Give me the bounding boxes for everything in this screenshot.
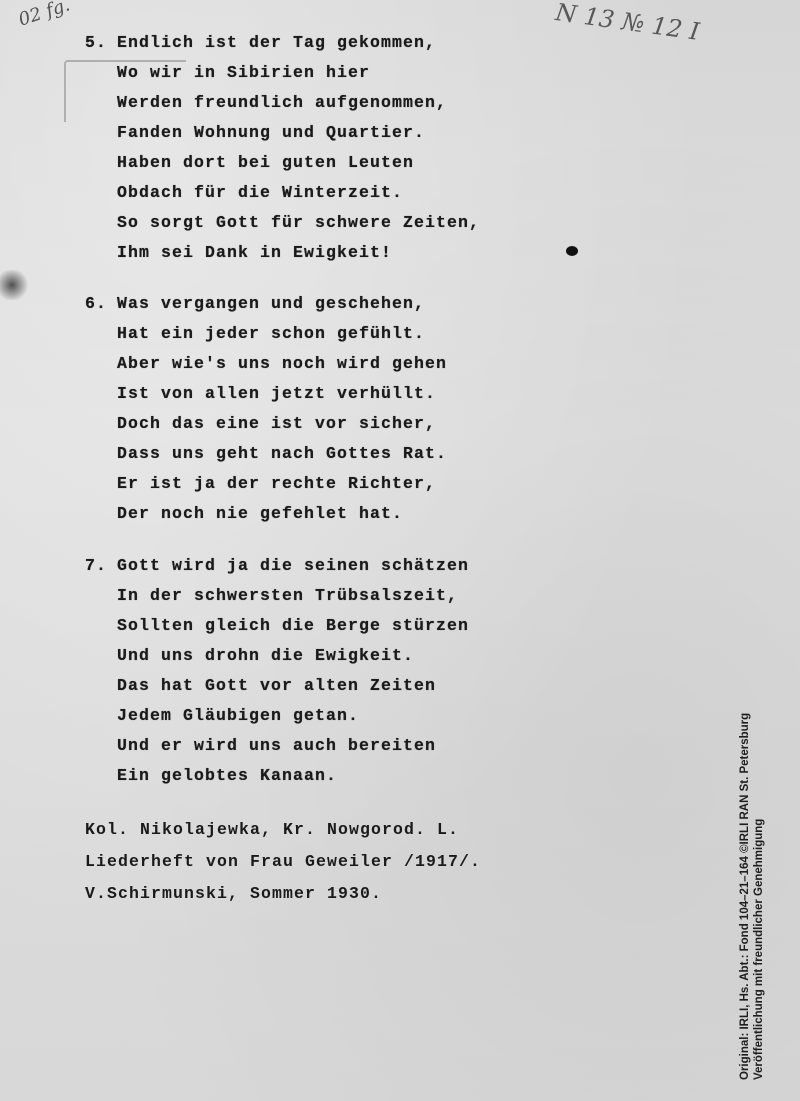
stanza-5-line-2: Wo wir in Sibirien hier	[117, 63, 370, 82]
stanza-5-line-6: Obdach für die Winterzeit.	[117, 183, 403, 202]
stanza-7-line-3: Sollten gleich die Berge stürzen	[117, 616, 469, 635]
handwritten-archive-number: N 13 № 12 I	[554, 0, 701, 46]
ink-blot	[0, 270, 30, 300]
stanza-6-line-6: Dass uns geht nach Gottes Rat.	[117, 444, 447, 463]
stanza-5-line-5: Haben dort bei guten Leuten	[117, 153, 414, 172]
stanza-7-line-8: Ein gelobtes Kanaan.	[117, 766, 337, 785]
stanza-7-line-2: In der schwersten Trübsalszeit,	[117, 586, 458, 605]
stanza-6-line-7: Er ist ja der rechte Richter,	[117, 474, 436, 493]
stanza-6-line-8: Der noch nie gefehlet hat.	[117, 504, 403, 523]
stanza-7-line-1: 7.Gott wird ja die seinen schätzen	[85, 556, 469, 575]
stanza-7-line-7: Und er wird uns auch bereiten	[117, 736, 436, 755]
archive-credit: Original: IRLI, Hs. Abt.: Fond 104–21–16…	[738, 713, 766, 1080]
stanza-5-line-3: Werden freundlich aufgenommen,	[117, 93, 447, 112]
stanza-5-line-7: So sorgt Gott für schwere Zeiten,	[117, 213, 480, 232]
stanza-7-line-5: Das hat Gott vor alten Zeiten	[117, 676, 436, 695]
paper-sheet: 02 fg. N 13 № 12 I 5.Endlich ist der Tag…	[0, 0, 800, 1101]
stanza-number: 7.	[85, 556, 117, 575]
handwritten-note-top-left: 02 fg.	[16, 0, 72, 31]
source-collector: V.Schirmunski, Sommer 1930.	[85, 884, 382, 903]
stanza-5-line-8: Ihm sei Dank in Ewigkeit!	[117, 243, 392, 262]
ink-dot	[566, 246, 578, 256]
source-location: Kol. Nikolajewka, Kr. Nowgorod. L.	[85, 820, 459, 839]
stanza-number: 5.	[85, 33, 117, 52]
stanza-5-line-1: 5.Endlich ist der Tag gekommen,	[85, 33, 436, 52]
archive-credit-line-2: Veröffentlichung mit freundlicher Genehm…	[752, 713, 766, 1080]
archive-credit-line-1: Original: IRLI, Hs. Abt.: Fond 104–21–16…	[738, 713, 752, 1080]
stanza-6-line-5: Doch das eine ist vor sicher,	[117, 414, 436, 433]
stanza-6-line-3: Aber wie's uns noch wird gehen	[117, 354, 447, 373]
stanza-6-line-2: Hat ein jeder schon gefühlt.	[117, 324, 425, 343]
stanza-7-line-4: Und uns drohn die Ewigkeit.	[117, 646, 414, 665]
stanza-5-line-4: Fanden Wohnung und Quartier.	[117, 123, 425, 142]
stanza-number: 6.	[85, 294, 117, 313]
stanza-6-line-1: 6.Was vergangen und geschehen,	[85, 294, 425, 313]
source-songbook: Liederheft von Frau Geweiler /1917/.	[85, 852, 481, 871]
stanza-6-line-4: Ist von allen jetzt verhüllt.	[117, 384, 436, 403]
stanza-7-line-6: Jedem Gläubigen getan.	[117, 706, 359, 725]
